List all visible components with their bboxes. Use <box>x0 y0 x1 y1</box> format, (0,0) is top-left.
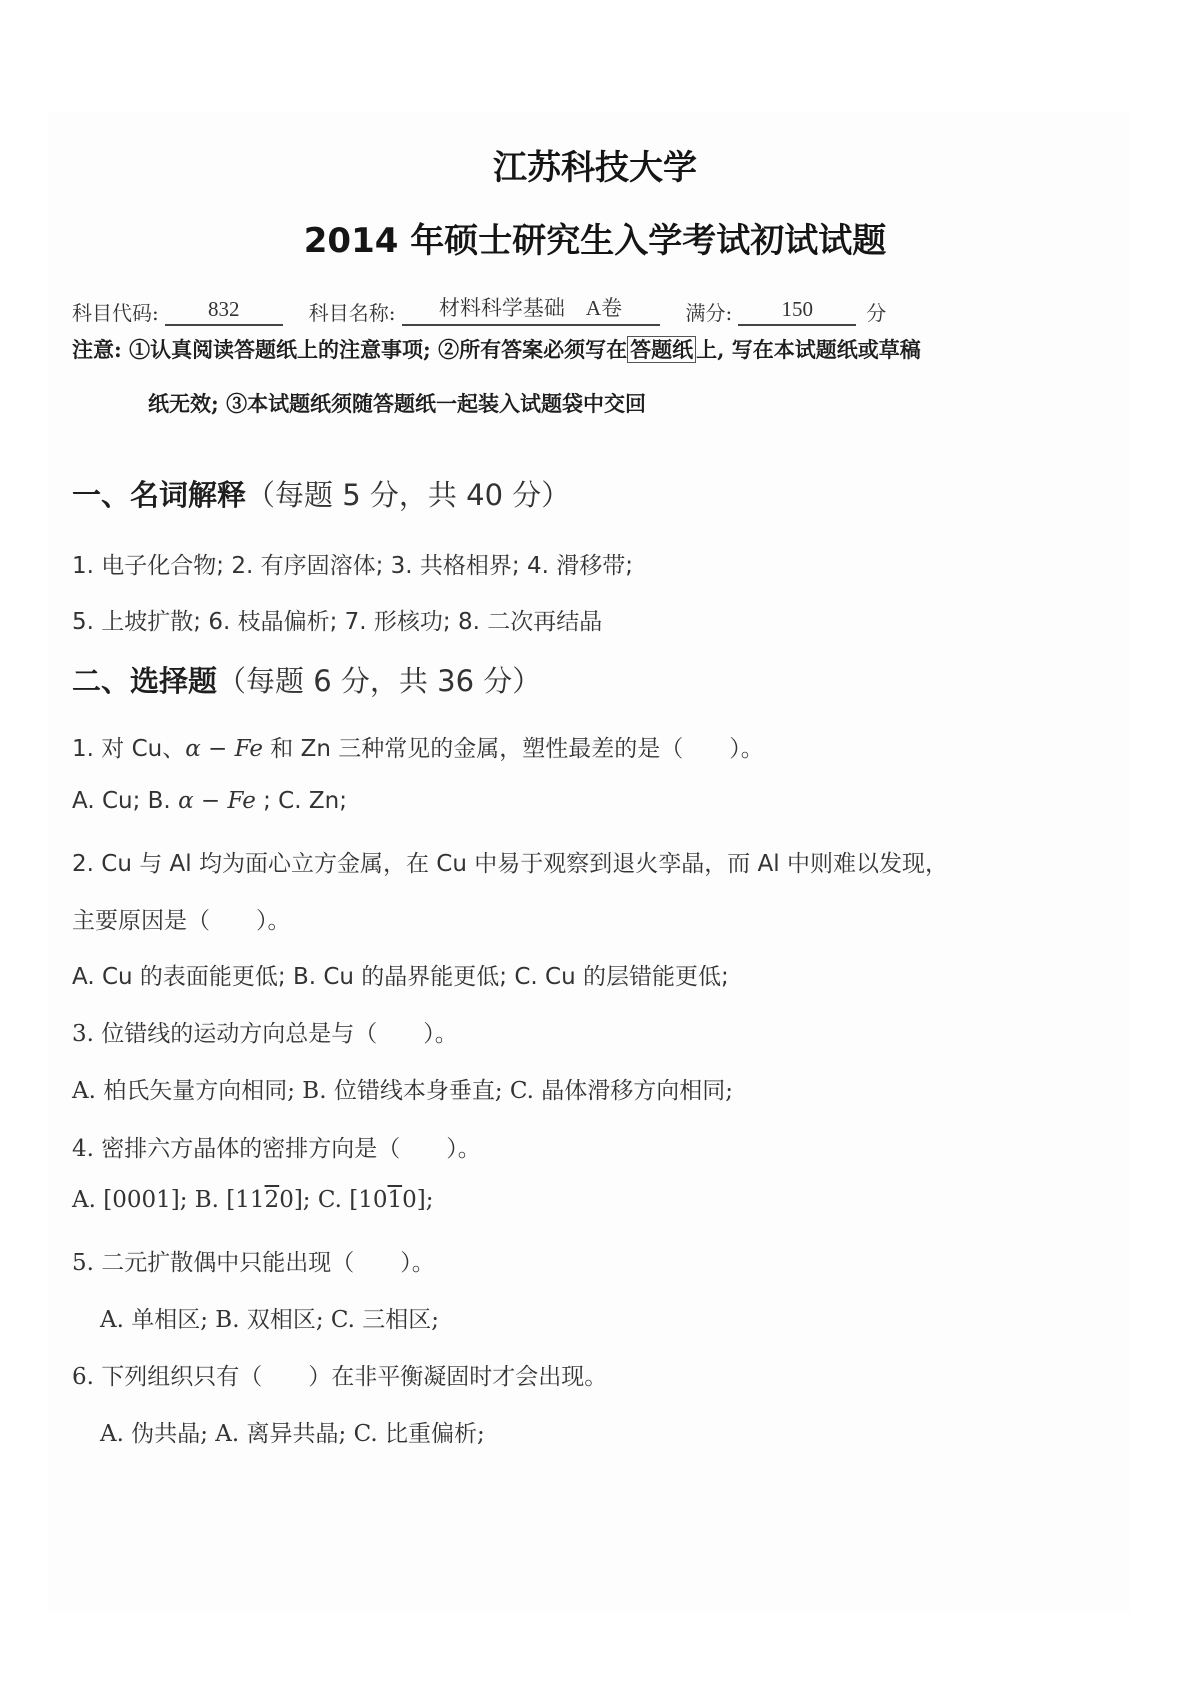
subject-code-label: 科目代码: <box>72 297 159 326</box>
section-2-title: 二、选择题 <box>72 664 217 698</box>
question-4: 4. 密排六方晶体的密排方向是（ ）。 <box>72 1130 481 1163</box>
q1-alpha-fe: α − Fe <box>185 736 263 762</box>
question-4-options: A. [0001]; B. [1120]; C. [1010]; <box>72 1187 434 1213</box>
university-title: 江苏科技大学 <box>0 140 1190 189</box>
question-5-options: A. 单相区; B. 双相区; C. 三相区; <box>100 1301 439 1334</box>
question-1: 1. 对 Cu、α − Fe 和 Zn 三种常见的金属，塑性最差的是（ ）。 <box>72 730 764 763</box>
full-score-value: 150 <box>738 297 856 326</box>
notice-line-2: 纸无效; ③本试题纸须随答题纸一起装入试题袋中交回 <box>148 388 646 418</box>
q1-opt-text-end: ; C. Zn; <box>256 788 347 814</box>
question-3: 3. 位错线的运动方向总是与（ ）。 <box>72 1015 458 1048</box>
q1-text-end: 和 Zn 三种常见的金属，塑性最差的是（ ）。 <box>263 736 764 762</box>
q4-opt-text: A. [0001]; B. [11 <box>72 1187 265 1213</box>
q1-opt-text: A. Cu; B. <box>72 788 178 814</box>
section-2-points: （每题 6 分，共 36 分） <box>217 664 541 698</box>
section-1-heading: 一、名词解释（每题 5 分，共 40 分） <box>72 473 570 514</box>
full-score-unit: 分 <box>866 297 886 326</box>
question-2-line-1: 2. Cu 与 Al 均为面心立方金属，在 Cu 中易于观察到退火孪晶，而 Al… <box>72 845 948 878</box>
question-6: 6. 下列组织只有（ ）在非平衡凝固时才会出现。 <box>72 1358 607 1391</box>
q4-opt-b-bar-digit: 2 <box>265 1187 280 1213</box>
question-2-line-2: 主要原因是（ ）。 <box>72 902 291 935</box>
section-1-title: 一、名词解释 <box>72 478 246 512</box>
question-1-options: A. Cu; B. α − Fe ; C. Zn; <box>72 788 347 814</box>
q1-opt-alpha-fe: α − Fe <box>178 788 256 814</box>
notice-text: 注意: ①认真阅读答题纸上的注意事项; ②所有答案必须写在 <box>72 337 627 362</box>
subject-name-value: 材料科学基础 A卷 <box>402 292 660 326</box>
notice-text-suffix: 上, 写在本试题纸或草稿 <box>696 337 921 362</box>
q4-opt-c-bar-digit: 1 <box>388 1187 403 1213</box>
question-3-options: A. 柏氏矢量方向相同; B. 位错线本身垂直; C. 晶体滑移方向相同; <box>72 1072 733 1105</box>
q4-opt-text-end: 0]; <box>402 1187 433 1213</box>
answer-sheet-boxed-text: 答题纸 <box>627 336 696 363</box>
question-5: 5. 二元扩散偶中只能出现（ ）。 <box>72 1244 435 1277</box>
section-1-points: （每题 5 分，共 40 分） <box>246 478 570 512</box>
question-2-options: A. Cu 的表面能更低; B. Cu 的晶界能更低; C. Cu 的层错能更低… <box>72 958 729 991</box>
terms-line-1: 1. 电子化合物; 2. 有序固溶体; 3. 共格相界; 4. 滑移带; <box>72 547 633 580</box>
section-2-heading: 二、选择题（每题 6 分，共 36 分） <box>72 659 541 700</box>
exam-title: 2014 年硕士研究生入学考试初试试题 <box>0 213 1190 262</box>
q1-text: 1. 对 Cu、 <box>72 736 185 762</box>
question-6-options: A. 伪共晶; A. 离异共晶; C. 比重偏析; <box>100 1415 485 1448</box>
full-score-label: 满分: <box>686 297 733 326</box>
subject-name-label: 科目名称: <box>309 297 396 326</box>
subject-code-value: 832 <box>165 297 283 326</box>
subject-meta-row: 科目代码: 832 科目名称: 材料科学基础 A卷 满分: 150 分 <box>72 292 886 326</box>
terms-line-2: 5. 上坡扩散; 6. 枝晶偏析; 7. 形核功; 8. 二次再结晶 <box>72 603 602 636</box>
notice-line-1: 注意: ①认真阅读答题纸上的注意事项; ②所有答案必须写在答题纸上, 写在本试题… <box>72 334 921 364</box>
q4-opt-text-mid: 0]; C. [10 <box>279 1187 387 1213</box>
